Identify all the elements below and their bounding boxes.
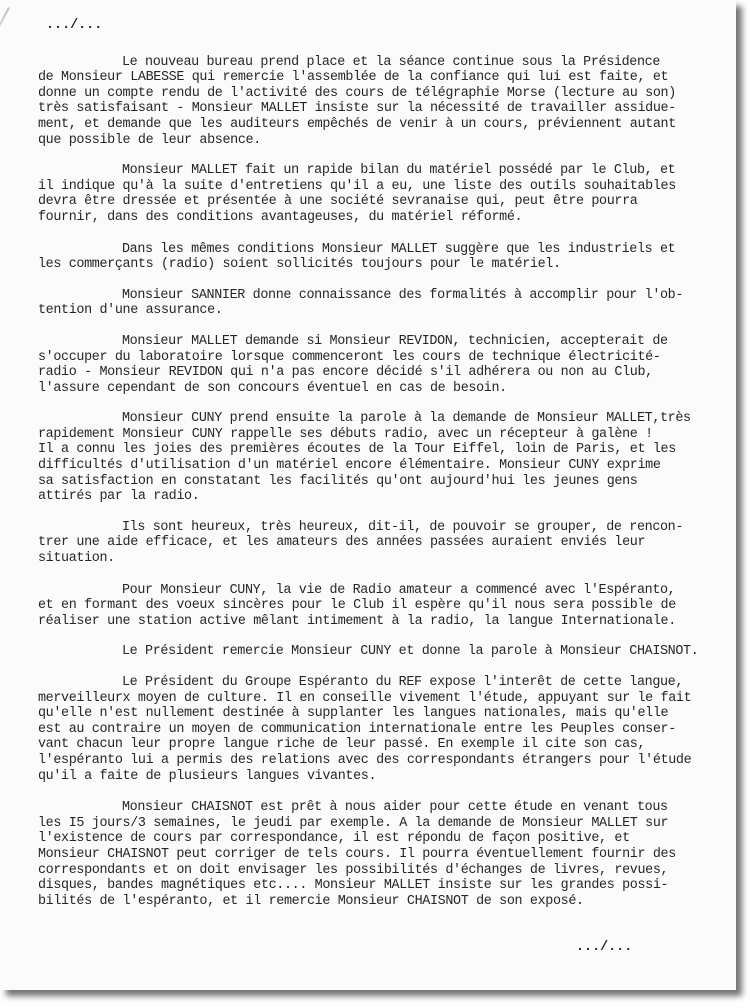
scanned-page: .../... Le nouveau bureau prend place et…: [0, 0, 736, 990]
text-line: Monsieur CHAISNOT peut corriger de tels …: [38, 847, 718, 863]
paragraph: Monsieur CUNY prend ensuite la parole à …: [38, 411, 718, 505]
text-line: devra être dressée et présentée à une so…: [38, 194, 718, 210]
text-line: que possible de leur absence.: [38, 133, 718, 149]
text-line: réaliser une station active mêlant intim…: [38, 614, 718, 630]
text-line: les commerçants (radio) soient sollicité…: [38, 257, 718, 273]
text-line: Monsieur CHAISNOT est prêt à nous aider …: [38, 800, 718, 816]
text-line: fournir, dans des conditions avantageuse…: [38, 210, 718, 226]
text-line: très satisfaisant - Monsieur MALLET insi…: [38, 101, 718, 117]
text-line: Monsieur MALLET fait un rapide bilan du …: [38, 163, 718, 179]
text-line: Le nouveau bureau prend place et la séan…: [38, 55, 718, 71]
paragraph: Monsieur SANNIER donne connaissance des …: [38, 288, 718, 319]
continuation-mark-top: .../...: [46, 18, 718, 34]
continuation-mark-bottom: .../...: [576, 940, 632, 955]
text-line: il indique qu'à la suite d'entretiens qu…: [38, 179, 718, 195]
text-line: Le Président du Groupe Espéranto du REF …: [38, 675, 718, 691]
paragraph: Le Président du Groupe Espéranto du REF …: [38, 675, 718, 784]
page-fold-mark: [0, 7, 10, 61]
text-line: trer une aide efficace, et les amateurs …: [38, 535, 718, 551]
paragraph: Monsieur CHAISNOT est prêt à nous aider …: [38, 800, 718, 909]
text-line: les I5 jours/3 semaines, le jeudi par ex…: [38, 816, 718, 832]
text-line: l'assure cependant de son concours évent…: [38, 381, 718, 397]
text-line: Ils sont heureux, très heureux, dit-il, …: [38, 520, 718, 536]
text-line: et en formant des voeux sincères pour le…: [38, 598, 718, 614]
text-line: Le Président remercie Monsieur CUNY et d…: [38, 644, 718, 660]
text-line: vant chacun leur propre langue riche de …: [38, 737, 718, 753]
text-line: radio - Monsieur REVIDON qui n'a pas enc…: [38, 365, 718, 381]
text-line: situation.: [38, 551, 718, 567]
text-line: est au contraire un moyen de communicati…: [38, 722, 718, 738]
text-line: attirés par la radio.: [38, 489, 718, 505]
document-body: .../... Le nouveau bureau prend place et…: [38, 18, 718, 924]
text-line: qu'elle n'est nullement destinée à suppl…: [38, 706, 718, 722]
text-line: disques, bandes magnétiques etc.... Mons…: [38, 878, 718, 894]
text-line: Monsieur CUNY prend ensuite la parole à …: [38, 411, 718, 427]
text-line: Dans les mêmes conditions Monsieur MALLE…: [38, 242, 718, 258]
text-line: correspondants et on doit envisager les …: [38, 863, 718, 879]
text-line: sa satisfaction en constatant les facili…: [38, 474, 718, 490]
text-line: l'espéranto lui a permis des relations a…: [38, 753, 718, 769]
paragraph: Le nouveau bureau prend place et la séan…: [38, 55, 718, 149]
text-line: de Monsieur LABESSE qui remercie l'assem…: [38, 70, 718, 86]
text-line: Monsieur MALLET demande si Monsieur REVI…: [38, 334, 718, 350]
text-line: donne un compte rendu de l'activité des …: [38, 86, 718, 102]
text-line: merveilleurx moyen de culture. Il en con…: [38, 691, 718, 707]
text-line: tention d'une assurance.: [38, 303, 718, 319]
paragraph: Le Président remercie Monsieur CUNY et d…: [38, 644, 718, 660]
paragraph: Dans les mêmes conditions Monsieur MALLE…: [38, 242, 718, 273]
text-line: qu'il a faite de plusieurs langues vivan…: [38, 769, 718, 785]
text-line: l'existence de cours par correspondance,…: [38, 831, 718, 847]
text-line: s'occuper du laboratoire lorsque commenc…: [38, 350, 718, 366]
text-line: Monsieur SANNIER donne connaissance des …: [38, 288, 718, 304]
text-line: rapidement Monsieur CUNY rappelle ses dé…: [38, 427, 718, 443]
paragraph: Monsieur MALLET fait un rapide bilan du …: [38, 163, 718, 225]
text-line: Pour Monsieur CUNY, la vie de Radio amat…: [38, 583, 718, 599]
paragraph: Ils sont heureux, très heureux, dit-il, …: [38, 520, 718, 567]
text-line: difficultés d'utilisation d'un matériel …: [38, 458, 718, 474]
text-line: ment, et demande que les auditeurs empêc…: [38, 117, 718, 133]
text-line: bilités de l'espéranto, et il remercie M…: [38, 894, 718, 910]
text-line: Il a connu les joies des premières écout…: [38, 442, 718, 458]
paragraph-list: Le nouveau bureau prend place et la séan…: [38, 55, 718, 910]
paragraph: Pour Monsieur CUNY, la vie de Radio amat…: [38, 583, 718, 630]
paragraph: Monsieur MALLET demande si Monsieur REVI…: [38, 334, 718, 396]
